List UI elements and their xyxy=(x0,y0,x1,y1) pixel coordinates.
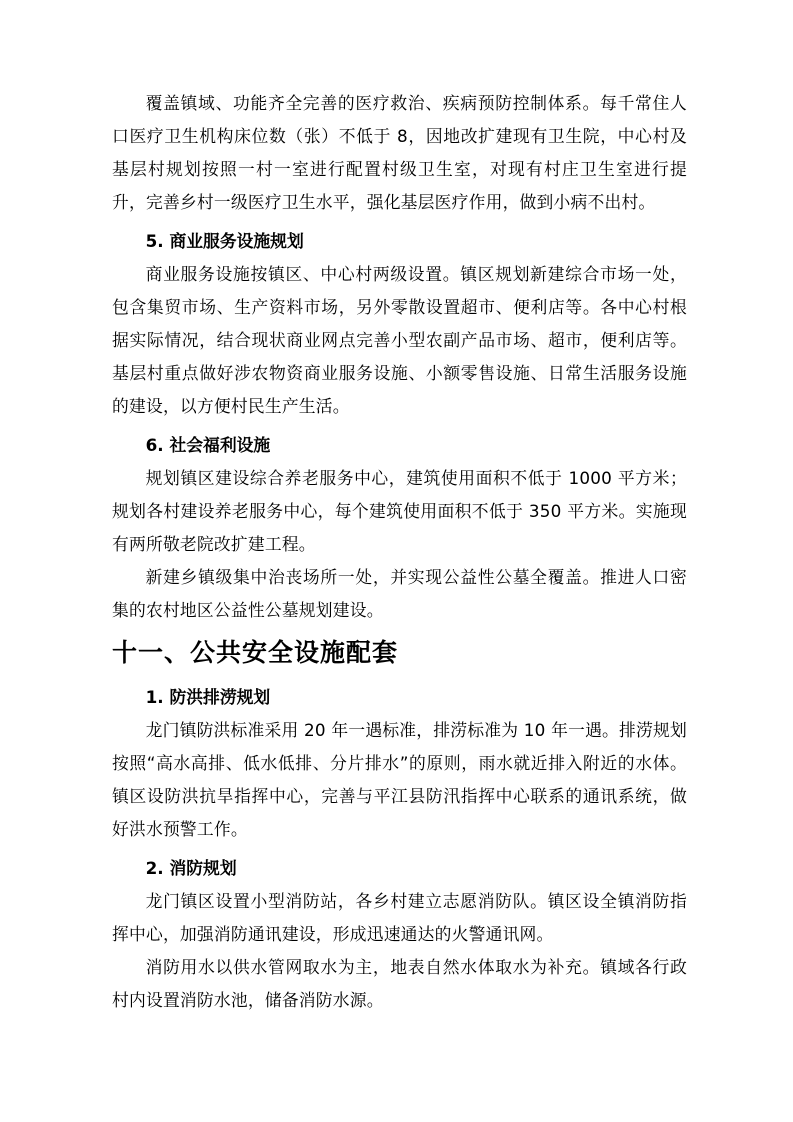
paragraph-medical-coverage: 覆盖镇域、功能齐全完善的医疗救治、疾病预防控制体系。每千常住人口医疗卫生机构床位… xyxy=(112,87,687,219)
paragraph-funeral-cemetery: 新建乡镇级集中治丧场所一处，并实现公益性公墓全覆盖。推进人口密集的农村地区公益性… xyxy=(112,561,687,627)
heading-commercial-service-planning: 5. 商业服务设施规划 xyxy=(112,225,687,258)
document-page: 覆盖镇域、功能齐全完善的医疗救治、疾病预防控制体系。每千常住人口医疗卫生机构床位… xyxy=(0,0,793,1122)
paragraph-fire-stations: 龙门镇区设置小型消防站，各乡村建立志愿消防队。镇区设全镇消防指挥中心，加强消防通… xyxy=(112,885,687,951)
heading-fire-planning: 2. 消防规划 xyxy=(112,852,687,885)
paragraph-commercial-service: 商业服务设施按镇区、中心村两级设置。镇区规划新建综合市场一处，包含集贸市场、生产… xyxy=(112,258,687,423)
paragraph-fire-water-supply: 消防用水以供水管网取水为主，地表自然水体取水为补充。镇域各行政村内设置消防水池，… xyxy=(112,951,687,1017)
chapter-heading-public-safety: 十一、公共安全设施配套 xyxy=(112,631,687,675)
heading-flood-control-planning: 1. 防洪排涝规划 xyxy=(112,681,687,714)
heading-social-welfare-facilities: 6. 社会福利设施 xyxy=(112,429,687,462)
paragraph-flood-control: 龙门镇防洪标准采用 20 年一遇标准，排涝标准为 10 年一遇。排涝规划按照“高… xyxy=(112,714,687,846)
paragraph-elderly-care: 规划镇区建设综合养老服务中心，建筑使用面积不低于 1000 平方米；规划各村建设… xyxy=(112,462,687,561)
